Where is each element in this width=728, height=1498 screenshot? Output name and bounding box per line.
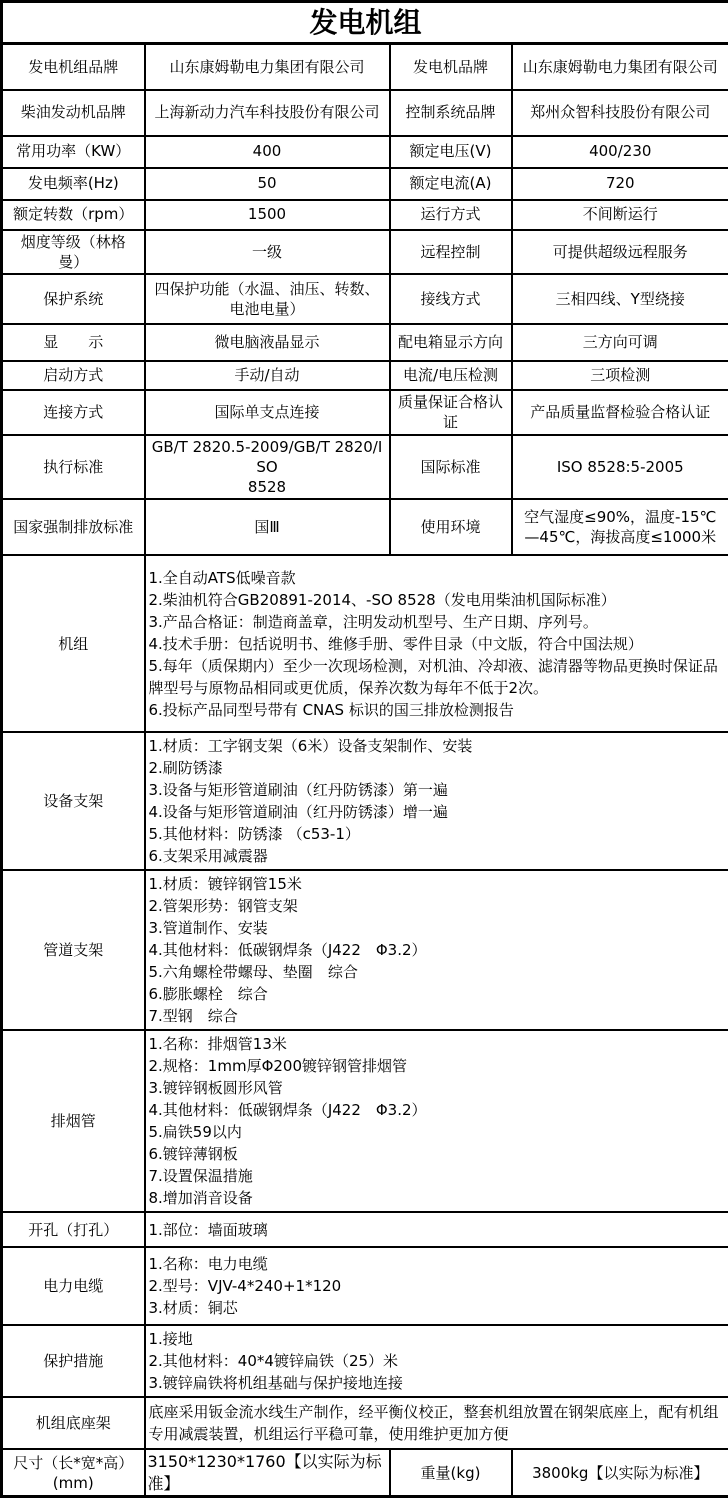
detail-row-drilling: 开孔（打孔） 1.部位：墙面玻璃 — [2, 1212, 728, 1247]
spec-value: ISO 8528:5-2005 — [512, 435, 728, 500]
spec-value: 3800kg【以实际为标准】 — [512, 1449, 728, 1497]
spec-label: 保护系统 — [2, 274, 145, 324]
detail-content: 底座采用钣金流水线生产制作，经平衡仪校正，整套机组放置在钢架底座上，配有机组专用… — [145, 1397, 728, 1449]
spec-label: 额定转数（rpm） — [2, 200, 145, 230]
detail-row-unit: 机组 1.全自动ATS低噪音款 2.柴油机符合GB20891-2014、-SO … — [2, 555, 728, 732]
spec-value: GB/T 2820.5-2009/GB/T 2820/ISO 8528 — [145, 435, 390, 500]
spec-label: 额定电流(A) — [390, 168, 512, 200]
spec-label: 尺寸（长*宽*高） (mm) — [2, 1449, 145, 1497]
detail-label: 保护措施 — [2, 1325, 145, 1397]
detail-label: 机组底座架 — [2, 1397, 145, 1449]
spec-row-frequency: 发电频率(Hz) 50 额定电流(A) 720 — [2, 168, 728, 200]
detail-content: 1.材质：工字钢支架（6米）设备支架制作、安装 2.刷防锈漆 3.设备与矩形管道… — [145, 732, 728, 870]
page-title: 发电机组 — [2, 2, 728, 44]
detail-label: 开孔（打孔） — [2, 1212, 145, 1247]
spec-label: 运行方式 — [390, 200, 512, 230]
detail-label: 排烟管 — [2, 1030, 145, 1212]
spec-label: 发电机品牌 — [390, 44, 512, 90]
generator-spec-table: 发电机组 发电机组品牌 山东康姆勒电力集团有限公司 发电机品牌 山东康姆勒电力集… — [0, 0, 728, 1498]
spec-label: 重量(kg) — [390, 1449, 512, 1497]
spec-value: 四保护功能（水温、油压、转数、 电池电量） — [145, 274, 390, 324]
detail-content: 1.部位：墙面玻璃 — [145, 1212, 728, 1247]
spec-value: 微电脑液晶显示 — [145, 324, 390, 361]
spec-row-start-mode: 启动方式 手动/自动 电流/电压检测 三项检测 — [2, 361, 728, 390]
detail-row-protection-measures: 保护措施 1.接地 2.其他材料：40*4镀锌扁铁（25）米 3.镀锌扁铁将机组… — [2, 1325, 728, 1397]
spec-row-connection: 连接方式 国际单支点连接 质量保证合格认 证 产品质量监督检验合格认证 — [2, 390, 728, 435]
detail-row-exhaust-pipe: 排烟管 1.名称：排烟管13米 2.规格：1mm厚Φ200镀锌钢管排烟管 3.镀… — [2, 1030, 728, 1212]
spec-label: 启动方式 — [2, 361, 145, 390]
spec-value: 3150*1230*1760【以实际为标准】 — [145, 1449, 390, 1497]
spec-label: 柴油发动机品牌 — [2, 90, 145, 136]
spec-label: 执行标准 — [2, 435, 145, 500]
spec-row-standard: 执行标准 GB/T 2820.5-2009/GB/T 2820/ISO 8528… — [2, 435, 728, 500]
spec-value: 三相四线、Y型绕接 — [512, 274, 728, 324]
spec-value: 400 — [145, 136, 390, 168]
detail-row-base-frame: 机组底座架 底座采用钣金流水线生产制作，经平衡仪校正，整套机组放置在钢架底座上，… — [2, 1397, 728, 1449]
spec-row-brand: 发电机组品牌 山东康姆勒电力集团有限公司 发电机品牌 山东康姆勒电力集团有限公司 — [2, 44, 728, 90]
spec-value: 可提供超级远程服务 — [512, 230, 728, 275]
detail-label: 设备支架 — [2, 732, 145, 870]
spec-label: 常用功率（KW） — [2, 136, 145, 168]
spec-row-emission: 国家强制排放标准 国Ⅲ 使用环境 空气湿度≤90%，温度-15℃ —45℃，海拔… — [2, 499, 728, 555]
spec-value: 山东康姆勒电力集团有限公司 — [145, 44, 390, 90]
spec-value: 山东康姆勒电力集团有限公司 — [512, 44, 728, 90]
spec-row-power: 常用功率（KW） 400 额定电压(V) 400/230 — [2, 136, 728, 168]
spec-row-protection: 保护系统 四保护功能（水温、油压、转数、 电池电量） 接线方式 三相四线、Y型绕… — [2, 274, 728, 324]
spec-label: 额定电压(V) — [390, 136, 512, 168]
detail-label: 电力电缆 — [2, 1247, 145, 1325]
spec-value: 720 — [512, 168, 728, 200]
detail-content: 1.名称：电力电缆 2.型号：VJV-4*240+1*120 3.材质：铜芯 — [145, 1247, 728, 1325]
spec-label: 连接方式 — [2, 390, 145, 435]
spec-row-display: 显 示 微电脑液晶显示 配电箱显示方向 三方向可调 — [2, 324, 728, 361]
spec-value: 不间断运行 — [512, 200, 728, 230]
spec-value: 三项检测 — [512, 361, 728, 390]
spec-value: 空气湿度≤90%，温度-15℃ —45℃，海拔高度≤1000米 — [512, 499, 728, 555]
spec-label: 发电机组品牌 — [2, 44, 145, 90]
spec-label: 烟度等级（林格 曼） — [2, 230, 145, 275]
spec-row-rpm: 额定转数（rpm） 1500 运行方式 不间断运行 — [2, 200, 728, 230]
spec-label: 配电箱显示方向 — [390, 324, 512, 361]
spec-label: 电流/电压检测 — [390, 361, 512, 390]
spec-value: 三方向可调 — [512, 324, 728, 361]
spec-value: 400/230 — [512, 136, 728, 168]
spec-label: 远程控制 — [390, 230, 512, 275]
detail-row-pipe-bracket: 管道支架 1.材质：镀锌钢管15米 2.管架形势：钢管支架 3.管道制作、安装 … — [2, 870, 728, 1030]
spec-value: 国际单支点连接 — [145, 390, 390, 435]
detail-row-power-cable: 电力电缆 1.名称：电力电缆 2.型号：VJV-4*240+1*120 3.材质… — [2, 1247, 728, 1325]
spec-label: 使用环境 — [390, 499, 512, 555]
spec-value: 手动/自动 — [145, 361, 390, 390]
footer-row-dimensions: 尺寸（长*宽*高） (mm) 3150*1230*1760【以实际为标准】 重量… — [2, 1449, 728, 1497]
spec-value: 一级 — [145, 230, 390, 275]
detail-row-equipment-bracket: 设备支架 1.材质：工字钢支架（6米）设备支架制作、安装 2.刷防锈漆 3.设备… — [2, 732, 728, 870]
detail-label: 机组 — [2, 555, 145, 732]
spec-value: 50 — [145, 168, 390, 200]
spec-label: 国家强制排放标准 — [2, 499, 145, 555]
spec-row-smoke-grade: 烟度等级（林格 曼） 一级 远程控制 可提供超级远程服务 — [2, 230, 728, 275]
spec-value: 上海新动力汽车科技股份有限公司 — [145, 90, 390, 136]
spec-label: 发电频率(Hz) — [2, 168, 145, 200]
spec-value: 国Ⅲ — [145, 499, 390, 555]
detail-content: 1.材质：镀锌钢管15米 2.管架形势：钢管支架 3.管道制作、安装 4.其他材… — [145, 870, 728, 1030]
spec-label: 接线方式 — [390, 274, 512, 324]
spec-value: 产品质量监督检验合格认证 — [512, 390, 728, 435]
detail-label: 管道支架 — [2, 870, 145, 1030]
spec-value: 1500 — [145, 200, 390, 230]
spec-label: 质量保证合格认 证 — [390, 390, 512, 435]
title-row: 发电机组 — [2, 2, 728, 44]
spec-value: 郑州众智科技股份有限公司 — [512, 90, 728, 136]
detail-content: 1.接地 2.其他材料：40*4镀锌扁铁（25）米 3.镀锌扁铁将机组基础与保护… — [145, 1325, 728, 1397]
spec-row-engine-brand: 柴油发动机品牌 上海新动力汽车科技股份有限公司 控制系统品牌 郑州众智科技股份有… — [2, 90, 728, 136]
spec-label: 国际标准 — [390, 435, 512, 500]
spec-label: 控制系统品牌 — [390, 90, 512, 136]
spec-label: 显 示 — [2, 324, 145, 361]
detail-content: 1.名称：排烟管13米 2.规格：1mm厚Φ200镀锌钢管排烟管 3.镀锌钢板圆… — [145, 1030, 728, 1212]
detail-content: 1.全自动ATS低噪音款 2.柴油机符合GB20891-2014、-SO 852… — [145, 555, 728, 732]
